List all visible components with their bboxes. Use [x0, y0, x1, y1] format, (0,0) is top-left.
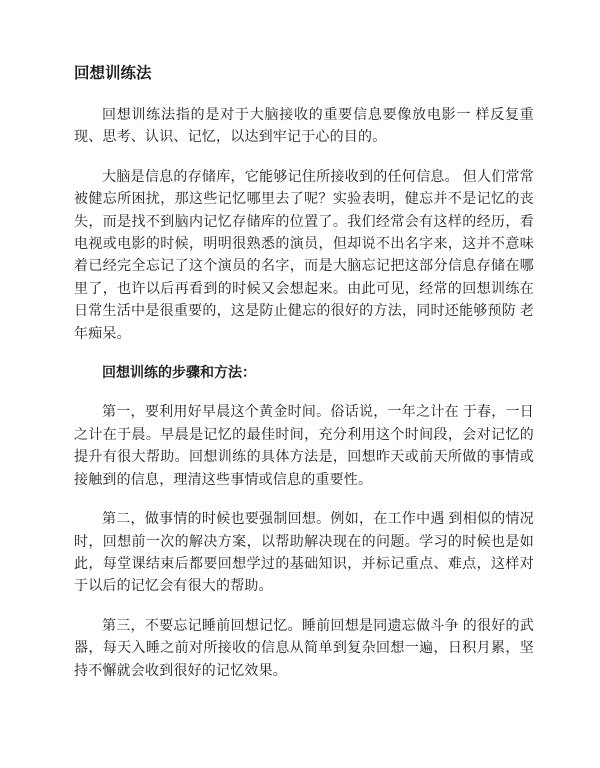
- document-title: 回想训练法: [74, 62, 534, 86]
- intro-paragraph: 回想训练法指的是对于大脑接收的重要信息要像放电影一 样反复重现、思考、认识、记忆…: [74, 105, 534, 150]
- body-paragraph: 大脑是信息的存储库，它能够记住所接收到的任何信息。 但人们常常被健忘所困扰，那这…: [74, 167, 534, 346]
- step-3-paragraph: 第三，不要忘记睡前回想记忆。睡前回想是同遗忘做斗争 的很好的武器，每天入睡之前对…: [74, 616, 534, 683]
- step-2-paragraph: 第二，做事情的时候也要强制回想。例如，在工作中遇 到相似的情况时，回想前一次的解…: [74, 509, 534, 599]
- section-heading: 回想训练的步骤和方法：: [74, 363, 534, 385]
- document-page: 回想训练法 回想训练法指的是对于大脑接收的重要信息要像放电影一 样反复重现、思考…: [0, 0, 600, 768]
- step-1-paragraph: 第一，要利用好早晨这个黄金时间。俗话说，一年之计在 于春，一日之计在于晨。早晨是…: [74, 402, 534, 492]
